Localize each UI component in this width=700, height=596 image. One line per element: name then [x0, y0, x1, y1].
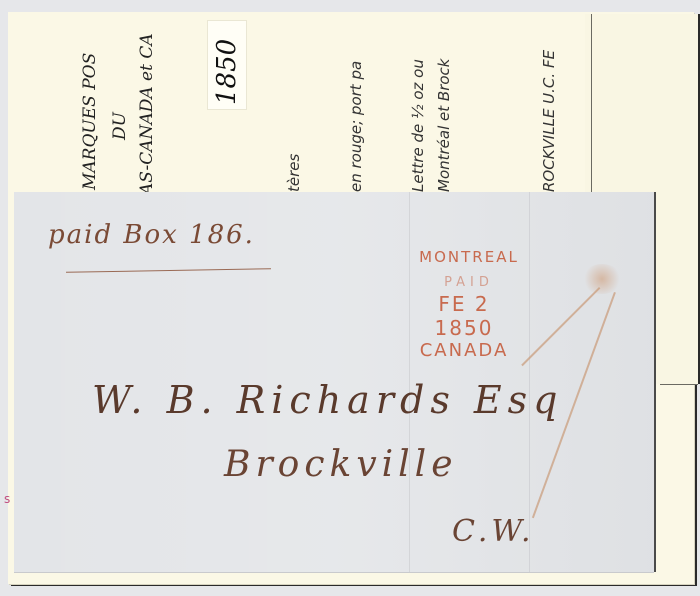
postmark-town: MONTREAL [394, 248, 544, 266]
stampless-folded-letter: paid Box 186. MONTREAL PAID FE 2 1850 CA… [14, 192, 654, 572]
manuscript-paid-note: paid Box 186. [48, 220, 255, 250]
address-town: Brockville [224, 444, 458, 485]
page-divider-line [591, 14, 592, 204]
route-line: ROCKVILLE U.C. FE [540, 50, 558, 192]
year-text: 1850 [212, 39, 242, 105]
description-line-1: en rouge; port pa [347, 61, 365, 192]
rate-stroke [521, 287, 600, 366]
description-fragment: tères [285, 154, 303, 192]
postmark-paid: PAID [424, 275, 514, 290]
description-line-2: Lettre de ½ oz ou [409, 59, 427, 192]
year-label: 1850 [207, 20, 247, 110]
postmark-date: FE 2 [414, 292, 514, 316]
page-title-line-3: AS-CANADA et CA [137, 33, 157, 195]
postmark-year: 1850 [414, 316, 514, 340]
description-line-3: Montréal et Brock [435, 59, 453, 192]
stain [582, 264, 622, 294]
address-region: C.W. [452, 514, 535, 549]
page-title-line-1: MARQUES POS [80, 53, 100, 190]
page-title-line-2: DU [110, 112, 130, 140]
underline [66, 268, 271, 273]
postmark-country: CANADA [399, 340, 529, 361]
address-name: W. B. Richards Esq [92, 378, 563, 422]
page-divider-line-horizontal [660, 384, 698, 385]
edge-mark: s [4, 492, 10, 506]
